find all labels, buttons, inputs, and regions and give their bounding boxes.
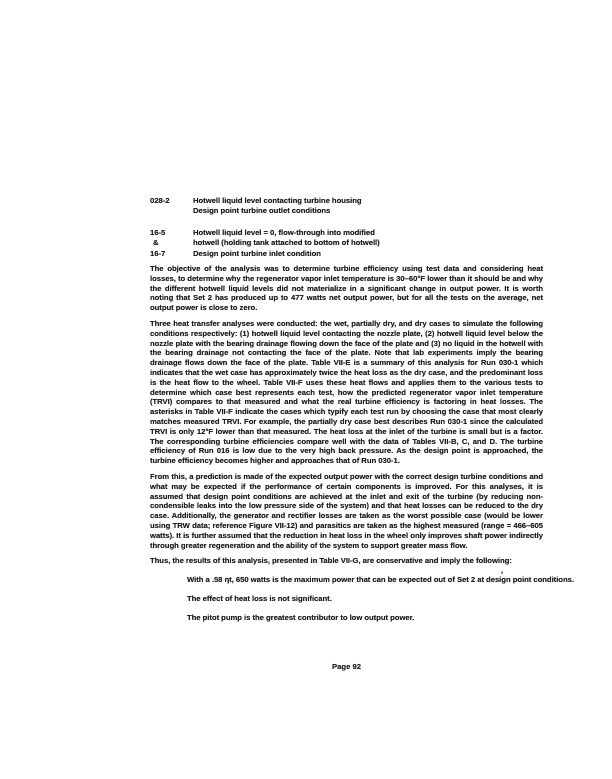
run-condition-list: 028-2 Hotwell liquid level contacting tu… (150, 196, 543, 259)
run-item-description-line: Design point turbine inlet condition (193, 249, 380, 259)
run-item-label: 028-2 (150, 196, 193, 217)
conclusion-item-pitot-pump: The pitot pump is the greatest contribut… (187, 613, 602, 623)
stray-ink-mark: ' (501, 570, 503, 580)
run-item: 028-2 Hotwell liquid level contacting tu… (150, 196, 543, 217)
run-item-description-line: hotwell (holding tank attached to bottom… (193, 238, 380, 248)
run-item-label-line: 028-2 (150, 196, 193, 206)
run-item-description-line: Hotwell liquid level = 0, flow-through i… (193, 228, 380, 238)
run-item-description: Hotwell liquid level = 0, flow-through i… (193, 228, 380, 259)
run-item-label-line: 16-5 (150, 228, 193, 238)
run-item-label-line: 16-7 (150, 249, 193, 259)
body-paragraph-objective: The objective of the analysis was to det… (150, 264, 543, 313)
document-page: 028-2 Hotwell liquid level contacting tu… (0, 0, 612, 779)
run-item-description: Hotwell liquid level contacting turbine … (193, 196, 362, 217)
page-content: 028-2 Hotwell liquid level contacting tu… (150, 196, 543, 632)
run-item-label-line: & (150, 238, 193, 248)
conclusions-intro: Thus, the results of this analysis, pres… (150, 556, 543, 566)
run-item: 16-5 & 16-7 Hotwell liquid level = 0, fl… (150, 228, 543, 259)
body-paragraph-prediction: From this, a prediction is made of the e… (150, 472, 543, 550)
conclusion-item-heat-loss: The effect of heat loss is not significa… (187, 594, 602, 604)
run-item-description-line: Hotwell liquid level contacting turbine … (193, 196, 362, 206)
conclusion-item-max-power: With a .58 ηt, 650 watts is the maximum … (187, 575, 602, 585)
run-item-label: 16-5 & 16-7 (150, 228, 193, 259)
body-paragraph-heat-transfer: Three heat transfer analyses were conduc… (150, 319, 543, 466)
run-item-description-line: Design point turbine outlet conditions (193, 206, 362, 216)
page-number: Page 92 (150, 662, 543, 671)
